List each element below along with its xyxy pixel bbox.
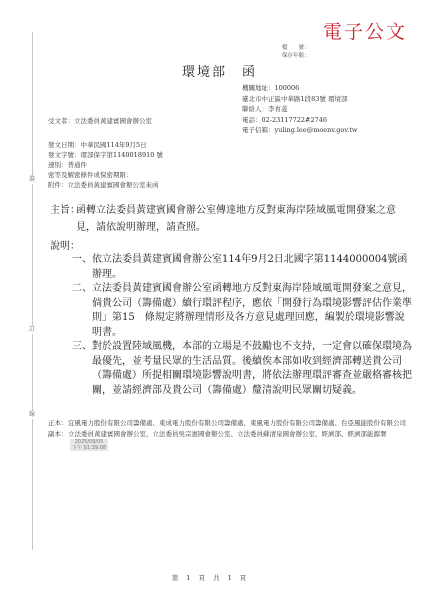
file-meta: 檔 號： 保存年限： xyxy=(282,44,310,60)
explanation-label: 說明： xyxy=(50,237,80,252)
explanation-item: 一、 依立法委員黃建賓國會辦公室114年9月2日北國字第1144000004號函… xyxy=(72,253,412,282)
binding-label-zhuang: 裝 xyxy=(27,176,37,184)
item-text: 依立法委員黃建賓國會辦公室114年9月2日北國字第1144000004號函辦理。 xyxy=(92,254,407,280)
address-code: 機關地址：100006 xyxy=(242,83,358,94)
item-text: 立法委員黃建賓國會辦公室函轉地方反對東海岸陸域風電開發案之意見，倘貴公司（籌備處… xyxy=(92,283,412,338)
binding-label-xian: 線 xyxy=(27,411,37,419)
address: 臺北市中正區中華路1段83號 環境部 xyxy=(242,94,358,105)
issue-date: 發文日期：中華民國114年9月5日 xyxy=(48,140,163,150)
main-recipients-list: 宜風電力股份有限公司籌備處、東成電力股份有限公司籌備處、東風電力股份有限公司籌備… xyxy=(68,419,406,427)
explanation-item: 三、 對於設置陸域風機，本部的立場是不鼓勵也不支持，一定會以確保環境為最優先，並… xyxy=(72,340,412,398)
copy-recipients-list: 立法委員黃建賓國會辦公室、立法委員吳宗憲國會辦公室、立法委員蘇清泉國會辦公室、經… xyxy=(68,430,387,438)
confidentiality: 密等及解密條件或保密期限： xyxy=(48,170,163,180)
item-number: 三、 xyxy=(72,340,92,355)
item-text: 對於設置陸域風機，本部的立場是不鼓勵也不支持，一定會以確保環境為最優先，並考量民… xyxy=(92,341,412,396)
issue-meta: 發文日期：中華民國114年9月5日 發文字號：環部保字第1140018910 號… xyxy=(48,140,163,190)
recipient: 受文者：立法委員黃建賓國會辦公室 xyxy=(48,116,152,125)
timestamp-stamp: 2025/09/05 下午 01:39:08 xyxy=(70,439,108,451)
electronic-document-title: 電子公文 xyxy=(323,17,407,44)
explanation-item: 二、 立法委員黃建賓國會辦公室函轉地方反對東海岸陸域風電開發案之意見，倘貴公司（… xyxy=(72,282,412,340)
contact-person: 聯絡人：李育菱 xyxy=(242,104,358,115)
copy-recipients: 副本： 立法委員黃建賓國會辦公室、立法委員吳宗憲國會辦公室、立法委員蘇清泉國會辦… xyxy=(48,430,408,452)
explanation-items: 一、 依立法委員黃建賓國會辦公室114年9月2日北國字第1144000004號函… xyxy=(72,253,412,398)
binding-label-ding: 訂 xyxy=(27,326,37,334)
document-number: 發文字號：環部保字第1140018910 號 xyxy=(48,150,163,160)
binding-line xyxy=(32,32,33,550)
main-recipients-label: 正本： xyxy=(48,419,68,429)
copy-recipients-label: 副本： xyxy=(48,430,68,440)
page-number: 第 1 頁 共 1 頁 xyxy=(0,573,421,582)
subject: 主旨： 函轉立法委員黃建賓國會辦公室傳達地方反對東海岸陸域風電開發案之意見，請依… xyxy=(50,203,410,236)
document-title: 環境部 函 xyxy=(182,61,257,80)
attachment: 附件：立法委員黃建賓國會辦公室來函 xyxy=(48,180,163,190)
subject-label: 主旨： xyxy=(50,203,80,220)
contact-info: 機關地址：100006 臺北市中正區中華路1段83號 環境部 聯絡人：李育菱 電… xyxy=(242,83,358,136)
stamp-time: 下午 01:39:08 xyxy=(72,445,106,451)
subject-body: 函轉立法委員黃建賓國會辦公室傳達地方反對東海岸陸域風電開發案之意見，請依說明辦理… xyxy=(76,203,410,236)
item-number: 一、 xyxy=(72,253,92,268)
distribution: 正本： 宜風電力股份有限公司籌備處、東成電力股份有限公司籌備處、東風電力股份有限… xyxy=(48,419,408,452)
phone: 電話：02-23117722#2746 xyxy=(242,115,358,126)
email: 電子信箱：yuling.lee@moenv.gov.tw xyxy=(242,125,358,136)
retention-period-label: 保存年限： xyxy=(282,52,310,60)
delivery-speed: 速別：普通件 xyxy=(48,160,163,170)
item-number: 二、 xyxy=(72,282,92,297)
main-recipients: 正本： 宜風電力股份有限公司籌備處、東成電力股份有限公司籌備處、東風電力股份有限… xyxy=(48,419,408,429)
file-number-label: 檔 號： xyxy=(282,44,310,52)
